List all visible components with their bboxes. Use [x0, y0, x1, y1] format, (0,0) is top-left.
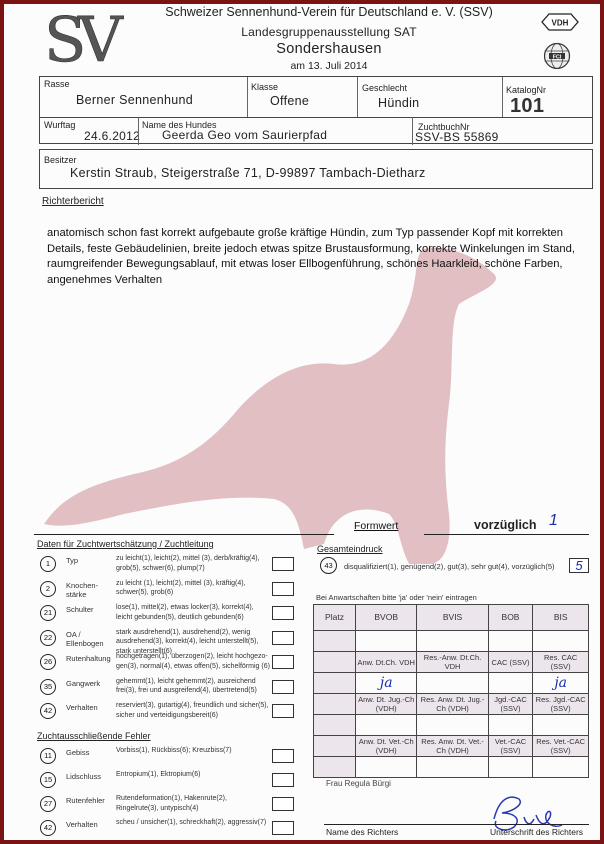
hundename-value: Geerda Geo vom Saurierpfad — [162, 128, 327, 142]
zuchtbuch-value: SSV-BS 55869 — [415, 130, 499, 144]
event-name: Landesgruppenausstellung SAT — [134, 25, 524, 39]
table-input-cell[interactable] — [488, 673, 533, 694]
table-row: Anw. Dt. Jug.-Ch (VDH)Res. Anw. Dt. Jug.… — [314, 694, 589, 715]
table-input-cell[interactable] — [356, 631, 417, 652]
rasse-value: Berner Sennenhund — [76, 93, 193, 107]
criterion-input[interactable] — [272, 631, 294, 645]
table-row: jaja — [314, 673, 589, 694]
table-input-cell[interactable] — [533, 631, 589, 652]
table-header-cell: BOB — [488, 605, 533, 631]
event-city: Sondershausen — [134, 41, 524, 57]
svg-text:VDH: VDH — [552, 19, 569, 28]
criterion-number: 27 — [40, 796, 56, 812]
rasse-label: Rasse — [44, 79, 70, 89]
criterion-number: 11 — [40, 748, 56, 764]
table-header-cell: BIS — [533, 605, 589, 631]
table-input-cell[interactable] — [417, 715, 488, 736]
criterion-options: zu leicht (1), leicht(2), mittel (3), kr… — [116, 579, 271, 598]
criterion-number: 22 — [40, 630, 56, 646]
table-row — [314, 757, 589, 778]
anwartschaften-table: PlatzBVOBBVISBOBBISAnw. Dt.Ch. VDHRes.-A… — [313, 604, 589, 778]
table-label-cell: Vet.-CAC (SSV) — [488, 736, 533, 757]
zuchtwert-title: Daten für Zuchtwertschätzung / Zuchtleit… — [37, 539, 214, 549]
criterion-name: Rutenhaltung — [66, 654, 116, 663]
table-input-cell[interactable] — [356, 715, 417, 736]
table-input-cell[interactable] — [314, 715, 356, 736]
fehler-title: Zuchtausschließende Fehler — [37, 731, 151, 741]
zuchtwert-row: 2Knochen-stärkezu leicht (1), leicht(2),… — [34, 579, 300, 605]
table-row: Anw. Dt.Ch. VDHRes.-Anw. Dt.Ch. VDHCAC (… — [314, 652, 589, 673]
criterion-name: Verhalten — [66, 703, 116, 712]
criterion-name: Gangwerk — [66, 679, 116, 688]
judge-name-label: Name des Richters — [326, 827, 398, 837]
geschlecht-value: Hündin — [378, 96, 419, 110]
owner-box: Besitzer Kerstin Straub, Steigerstraße 7… — [39, 149, 593, 189]
criterion-name: Schulter — [66, 605, 116, 614]
report-title: Richterbericht — [42, 196, 104, 207]
table-header-cell: BVIS — [417, 605, 488, 631]
table-label-cell: Res. CAC (SSV) — [533, 652, 589, 673]
zuchtwert-row: 1Typzu leicht(1), leicht(2), mittel (3),… — [34, 554, 300, 580]
event-date: am 13. Juli 2014 — [134, 60, 524, 72]
criterion-input[interactable] — [272, 797, 294, 811]
criterion-input[interactable] — [272, 821, 294, 835]
table-input-cell[interactable] — [417, 631, 488, 652]
criterion-name: OA / Ellenbogen — [66, 630, 116, 648]
formwert-value: vorzüglich — [474, 518, 537, 532]
criterion-options: gehemmt(1), leicht gehemmt(2), ausreiche… — [116, 677, 271, 696]
table-input-cell[interactable] — [488, 631, 533, 652]
criterion-number: 15 — [40, 772, 56, 788]
fehler-row: 11GebissVorbiss(1), Rückbiss(6); Kreuzbi… — [34, 746, 300, 772]
criterion-input[interactable] — [272, 704, 294, 718]
table-row: Anw. Dt. Vet.-Ch (VDH)Res. Anw. Dt. Vet.… — [314, 736, 589, 757]
table-header-cell: BVOB — [356, 605, 417, 631]
criterion-options: zu leicht(1), leicht(2), mittel (3), der… — [116, 554, 271, 573]
judge-signature-label: Unterschrift des Richters — [490, 827, 583, 837]
criterion-name: Lidschluss — [66, 772, 116, 781]
table-input-cell[interactable] — [533, 715, 589, 736]
zuchtwert-row: 26Rutenhaltunghochgetragen(1), überzogen… — [34, 652, 300, 678]
table-input-cell[interactable]: ja — [533, 673, 589, 694]
gesamteindruck-number: 43 — [320, 557, 337, 574]
table-input-cell[interactable] — [417, 673, 488, 694]
criterion-input[interactable] — [272, 680, 294, 694]
fehler-row: 15LidschlussEntropium(1), Ektropium(6) — [34, 770, 300, 796]
judge-report-text: anatomisch schon fast korrekt aufgebaute… — [47, 226, 597, 288]
gesamteindruck-input[interactable]: 5 — [569, 558, 589, 573]
besitzer-value: Kerstin Straub, Steigerstraße 71, D-9989… — [70, 166, 426, 180]
table-input-cell[interactable] — [417, 757, 488, 778]
vdh-logo-icon: VDH — [540, 12, 580, 32]
criterion-number: 21 — [40, 605, 56, 621]
criterion-number: 2 — [40, 581, 56, 597]
table-input-cell[interactable]: ja — [356, 673, 417, 694]
table-label-cell: Jgd.-CAC (SSV) — [488, 694, 533, 715]
svg-text:FCI: FCI — [553, 54, 562, 60]
criterion-number: 42 — [40, 820, 56, 836]
fehler-row: 27RutenfehlerRutendeformation(1), Hakenr… — [34, 794, 300, 820]
table-label-cell — [314, 652, 356, 673]
criterion-number: 42 — [40, 703, 56, 719]
table-input-cell[interactable] — [356, 757, 417, 778]
criterion-options: reserviert(3), gutartig(4), freundlich u… — [116, 701, 271, 720]
criterion-name: Verhalten — [66, 820, 116, 829]
zuchtwert-row: 21Schulterlose(1), mittel(2), etwas lock… — [34, 603, 300, 629]
criterion-number: 1 — [40, 556, 56, 572]
table-row — [314, 715, 589, 736]
criterion-name: Gebiss — [66, 748, 116, 757]
criterion-input[interactable] — [272, 773, 294, 787]
criterion-options: lose(1), mittel(2), etwas locker(3), kor… — [116, 603, 271, 622]
fci-logo-icon: FCI — [543, 42, 571, 70]
table-label-cell: Res. Jgd.-CAC (SSV) — [533, 694, 589, 715]
zuchtwert-row: 22OA / Ellenbogenstark ausdrehend(1), au… — [34, 628, 300, 654]
besitzer-label: Besitzer — [44, 155, 77, 165]
table-input-cell[interactable] — [314, 673, 356, 694]
dog-info-box: Rasse Berner Sennenhund Klasse Offene Ge… — [39, 76, 593, 144]
criterion-number: 35 — [40, 679, 56, 695]
table-label-cell: Anw. Dt. Vet.-Ch (VDH) — [356, 736, 417, 757]
criterion-options: hochgetragen(1), überzogen(2), leicht ho… — [116, 652, 271, 671]
criterion-input[interactable] — [272, 606, 294, 620]
geschlecht-label: Geschlecht — [362, 83, 407, 93]
formwert-handwritten: 1 — [549, 512, 558, 530]
table-label-cell: Res. Anw. Dt. Vet.-Ch (VDH) — [417, 736, 488, 757]
table-label-cell: Anw. Dt.Ch. VDH — [356, 652, 417, 673]
criterion-input[interactable] — [272, 655, 294, 669]
svg-text:V: V — [77, 5, 124, 67]
fehler-row: 42Verhaltenscheu / unsicher(1), schreckh… — [34, 818, 300, 840]
zuchtwert-row: 42Verhaltenreserviert(3), gutartig(4), f… — [34, 701, 300, 727]
wurftag-value: 24.6.2012 — [84, 129, 140, 143]
table-input-cell[interactable] — [488, 757, 533, 778]
katalog-value: 101 — [510, 95, 544, 118]
table-input-cell[interactable] — [314, 631, 356, 652]
criterion-input[interactable] — [272, 557, 294, 571]
table-label-cell: Anw. Dt. Jug.-Ch (VDH) — [356, 694, 417, 715]
katalog-label: KatalogNr — [506, 85, 546, 95]
show-report-page: S V Schweizer Sennenhund-Verein für Deut… — [4, 4, 600, 840]
table-header-cell: Platz — [314, 605, 356, 631]
ssv-logo-icon: S V — [42, 5, 142, 67]
criterion-name: Rutenfehler — [66, 796, 116, 805]
table-label-cell: Res. Anw. Dt. Jug.-Ch (VDH) — [417, 694, 488, 715]
criterion-options: Vorbiss(1), Rückbiss(6); Kreuzbiss(7) — [116, 746, 271, 756]
criterion-input[interactable] — [272, 749, 294, 763]
organization-name: Schweizer Sennenhund-Verein für Deutschl… — [134, 5, 524, 19]
table-label-cell — [314, 694, 356, 715]
table-input-cell[interactable] — [533, 757, 589, 778]
table-row — [314, 631, 589, 652]
criterion-options: Entropium(1), Ektropium(6) — [116, 770, 271, 780]
criterion-input[interactable] — [272, 582, 294, 596]
criterion-name: Typ — [66, 556, 116, 565]
gesamteindruck-options: disqualifiziert(1), genügend(2), gut(3),… — [344, 562, 555, 571]
table-header-row: PlatzBVOBBVISBOBBIS — [314, 605, 589, 631]
gesamteindruck-title: Gesamteindruck — [317, 544, 383, 554]
table-input-cell[interactable] — [488, 715, 533, 736]
criterion-name: Knochen-stärke — [66, 581, 116, 599]
judge-printed-name: Frau Regula Bürgi — [326, 779, 391, 788]
wurftag-label: Wurftag — [44, 120, 75, 130]
table-label-cell: CAC (SSV) — [488, 652, 533, 673]
criterion-options: Rutendeformation(1), Hakenrute(2), Ringe… — [116, 794, 271, 813]
table-input-cell[interactable] — [314, 757, 356, 778]
table-label-cell — [314, 736, 356, 757]
klasse-value: Offene — [270, 94, 309, 108]
formwert-label: Formwert — [354, 520, 398, 532]
criterion-options: scheu / unsicher(1), schreckhaft(2), agg… — [116, 818, 271, 828]
table-label-cell: Res.-Anw. Dt.Ch. VDH — [417, 652, 488, 673]
zuchtwert-row: 35Gangwerkgehemmt(1), leicht gehemmt(2),… — [34, 677, 300, 703]
table-label-cell: Res. Vet.-CAC (SSV) — [533, 736, 589, 757]
anwartschaften-note: Bei Anwartschaften bitte 'ja' oder 'nein… — [316, 593, 477, 602]
criterion-number: 26 — [40, 654, 56, 670]
klasse-label: Klasse — [251, 82, 278, 92]
